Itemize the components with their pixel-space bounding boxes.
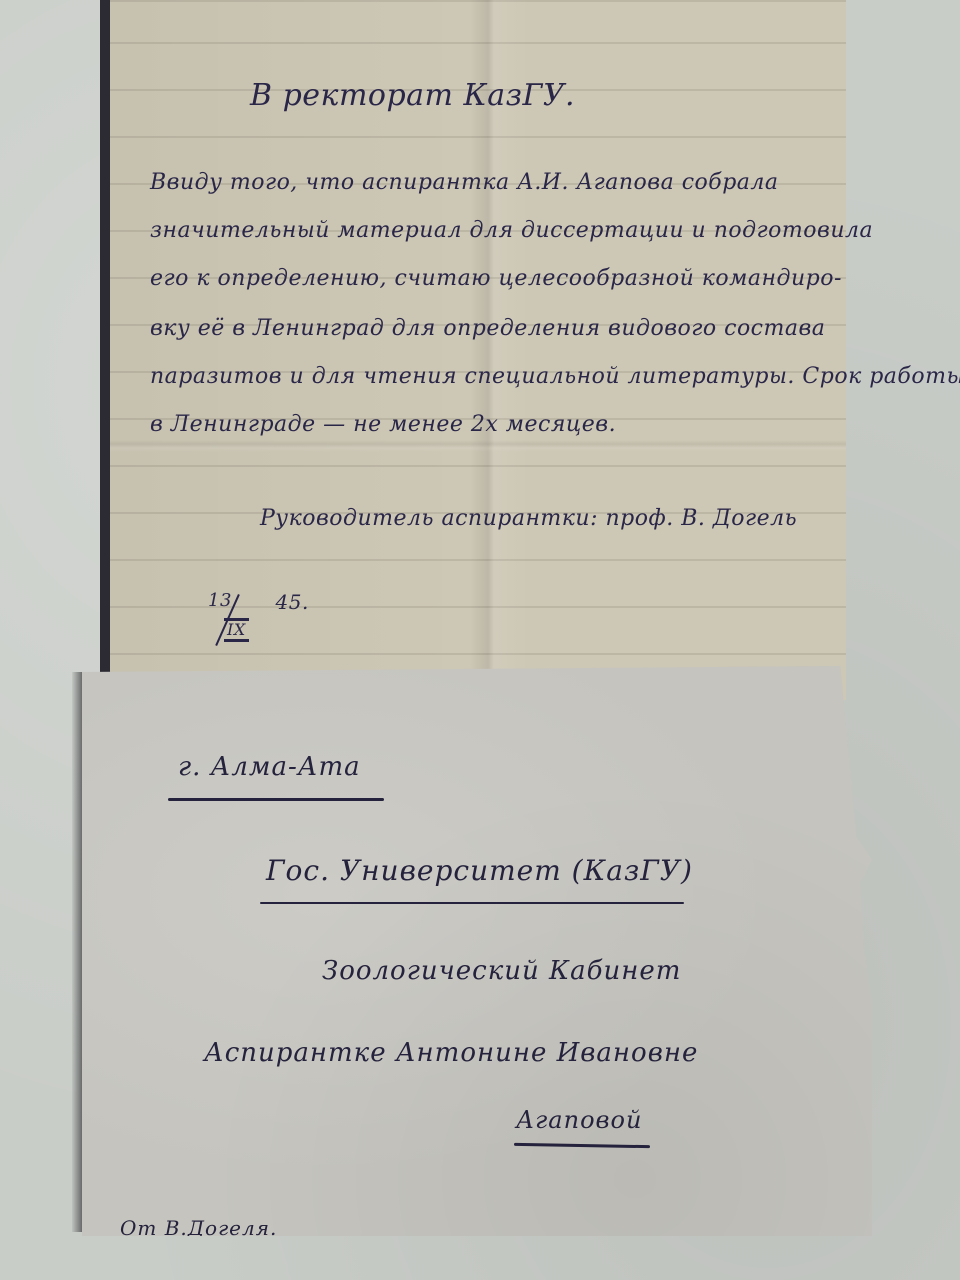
envelope-shadow (72, 672, 82, 1232)
letter-body-line: в Ленинграде — не менее 2х месяцев. (150, 412, 616, 437)
envelope-institution: Гос. Университет (КазГУ) (266, 854, 693, 887)
letter-heading: В ректорат КазГУ. (250, 78, 575, 113)
envelope-department: Зоологический Кабинет (322, 956, 681, 986)
date-month: IX (224, 618, 249, 642)
institution-underline (260, 902, 684, 904)
envelope-recipient: Аспирантке Антонине Ивановне (204, 1038, 698, 1068)
surname-underline (514, 1143, 650, 1148)
letter-body-line: значительный материал для диссертации и … (150, 218, 873, 243)
envelope-city: г. Алма-Ата (178, 752, 361, 782)
letter-body-line: паразитов и для чтения специальной литер… (150, 364, 960, 389)
letter-fold-crease (110, 440, 846, 452)
letter-sheet: В ректорат КазГУ. Ввиду того, что аспира… (110, 0, 846, 700)
letter-body-line: его к определению, считаю целесообразной… (150, 266, 842, 291)
letter-date: 13 IX 45. (200, 590, 309, 656)
date-day: 13 (208, 590, 232, 611)
city-underline (168, 798, 384, 801)
envelope-sender: От В.Догеля. (120, 1216, 277, 1240)
date-year: 45. (276, 590, 309, 614)
letter-body-line: вку её в Ленинград для определения видов… (150, 316, 825, 341)
letter-body-line: Ввиду того, что аспирантка А.И. Агапова … (150, 170, 779, 195)
envelope-recipient-surname: Агаповой (516, 1106, 642, 1134)
envelope: г. Алма-Ата Гос. Университет (КазГУ) Зоо… (82, 666, 872, 1236)
date-fraction: 13 IX (200, 590, 260, 650)
letter-signature: Руководитель аспирантки: проф. В. Догель (260, 506, 797, 531)
